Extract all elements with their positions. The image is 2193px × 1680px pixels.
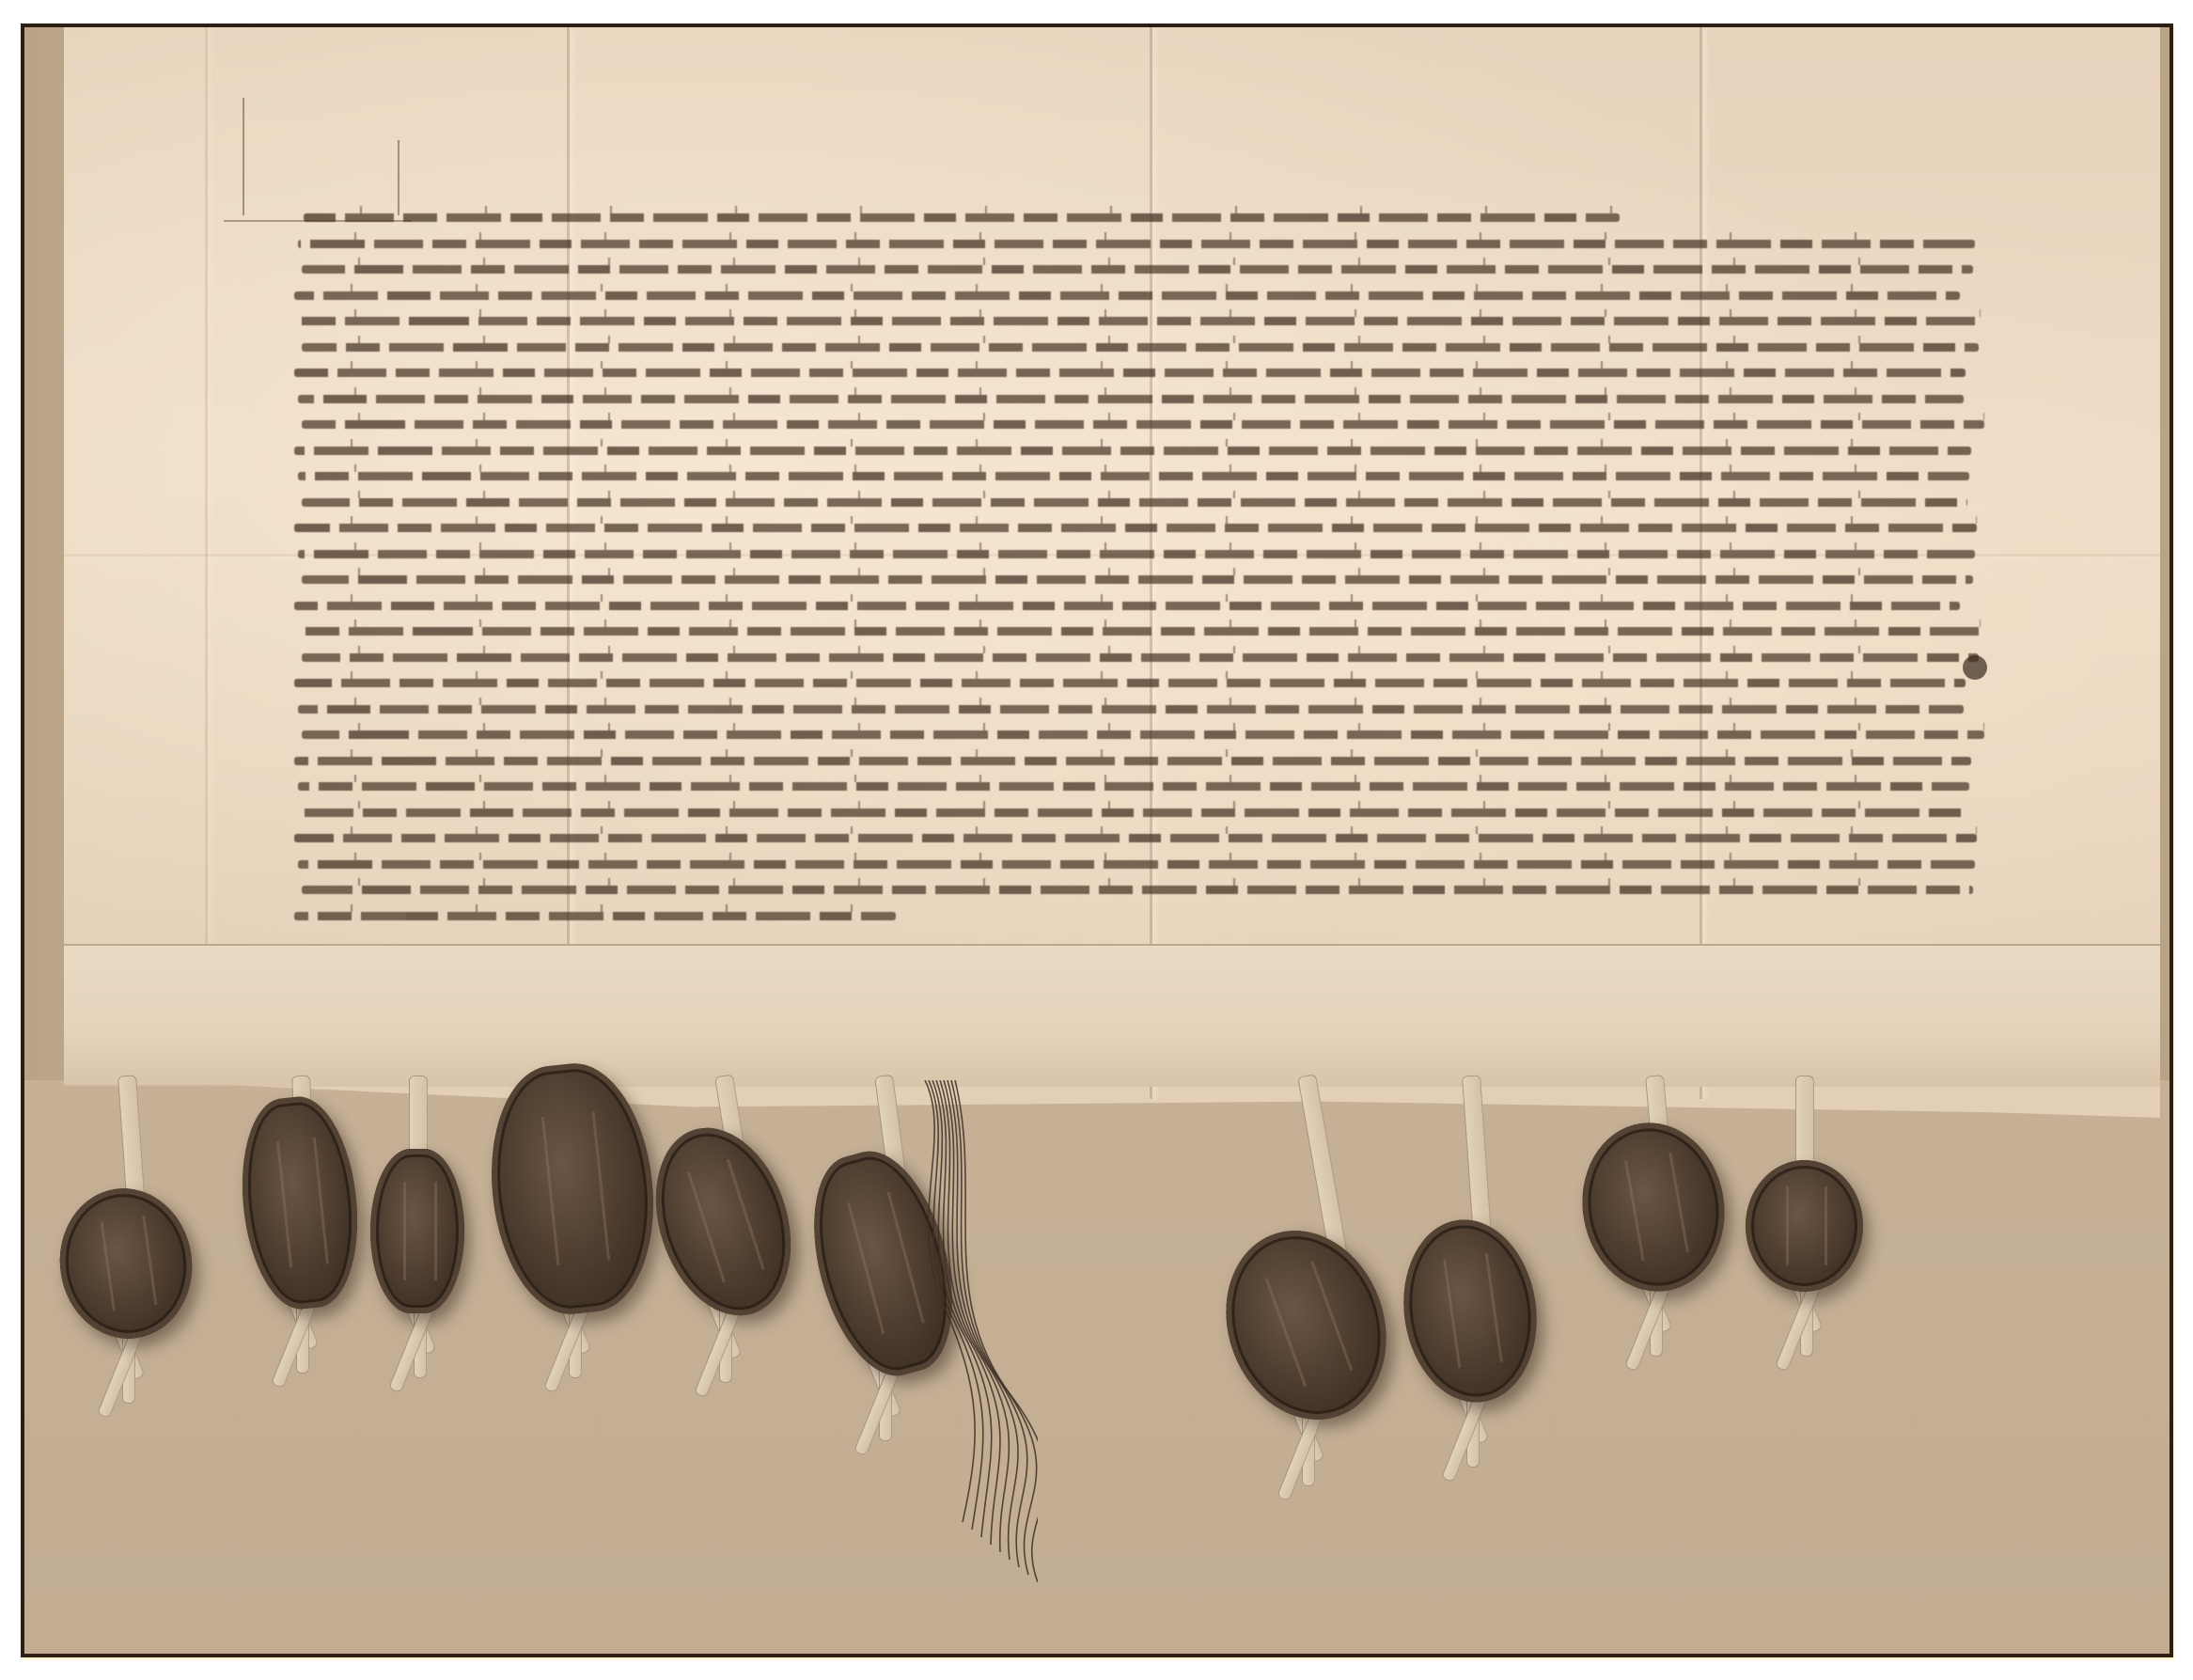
seal-emblem-icon <box>1623 1153 1688 1261</box>
handwritten-line <box>298 240 1975 248</box>
seal-emblem-icon <box>101 1216 158 1311</box>
handwritten-line <box>298 705 1964 714</box>
silk-threads <box>906 1080 1038 1607</box>
wax-seal-5 <box>633 1110 813 1333</box>
margin-ruling <box>243 98 244 215</box>
handwritten-line <box>298 472 1969 480</box>
wax-seal-8 <box>1199 1207 1411 1441</box>
handwritten-line <box>298 860 1975 869</box>
handwritten-line <box>298 550 1975 558</box>
handwritten-line <box>298 782 1969 791</box>
handwritten-line <box>302 653 1979 662</box>
charter-parchment <box>64 27 2160 1118</box>
handwritten-line <box>294 524 1977 532</box>
handwritten-line <box>294 679 1966 687</box>
wax-seal-9 <box>1392 1211 1548 1411</box>
seal-emblem-icon <box>276 1137 329 1267</box>
margin-ruling <box>398 140 399 215</box>
wax-seal-2 <box>233 1091 368 1313</box>
wax-seal-10 <box>1570 1111 1738 1302</box>
handwritten-line <box>302 886 1973 894</box>
handwritten-line <box>298 395 1964 403</box>
handwritten-line <box>302 420 1984 429</box>
handwritten-line <box>298 627 1981 636</box>
plica-fold <box>64 944 2160 1087</box>
handwritten-line <box>294 912 896 920</box>
handwritten-line <box>294 757 1971 765</box>
fold-line <box>205 27 208 1099</box>
ink-blot <box>1963 655 1987 680</box>
handwritten-line <box>302 265 1973 274</box>
handwritten-line <box>294 291 1960 300</box>
handwritten-line <box>304 213 1620 222</box>
seal-emblem-icon <box>403 1182 437 1280</box>
photo-frame <box>21 24 2173 1657</box>
wax-seal-1 <box>51 1180 202 1347</box>
handwritten-line <box>294 447 1971 455</box>
seal-emblem-icon <box>540 1111 609 1265</box>
handwritten-line <box>302 730 1984 739</box>
handwritten-line <box>294 834 1977 842</box>
handwritten-line <box>298 317 1981 325</box>
handwritten-line <box>294 602 1960 610</box>
wax-seal-3 <box>370 1149 464 1313</box>
handwritten-line <box>302 498 1967 507</box>
seal-emblem-icon <box>1443 1252 1503 1368</box>
handwritten-line <box>302 575 1973 584</box>
charter-text-block <box>304 206 1996 930</box>
handwritten-line <box>302 343 1979 352</box>
seal-emblem-icon <box>687 1158 764 1281</box>
seal-emblem-icon <box>1786 1186 1827 1265</box>
wax-seal-11 <box>1746 1160 1863 1292</box>
handwritten-line <box>302 809 1967 817</box>
handwritten-line <box>294 369 1966 377</box>
seal-emblem-icon <box>1264 1261 1353 1388</box>
